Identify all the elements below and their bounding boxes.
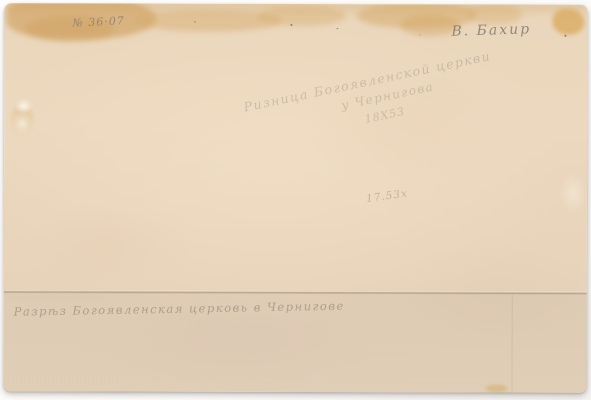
dirt-speck xyxy=(564,35,566,37)
dirt-speck xyxy=(194,21,195,23)
left-edge-damage-patch xyxy=(8,93,36,139)
dirt-speck xyxy=(290,24,292,26)
top-middle-stain-2 xyxy=(256,6,346,26)
owner-name-inscription: В. Бахир xyxy=(451,21,531,40)
dirt-speck xyxy=(419,34,420,35)
right-edge-light-blotch xyxy=(552,165,588,223)
top-right-corner-blob-stain xyxy=(552,9,584,35)
dirt-speck xyxy=(336,28,338,29)
photo-backdrop: № 36·07 В. Бахир Ризница Богоявленской ц… xyxy=(0,0,591,400)
photo-verso-paper: № 36·07 В. Бахир Ризница Богоявленской ц… xyxy=(3,3,587,393)
inventory-number-inscription: № 36·07 xyxy=(72,14,125,30)
